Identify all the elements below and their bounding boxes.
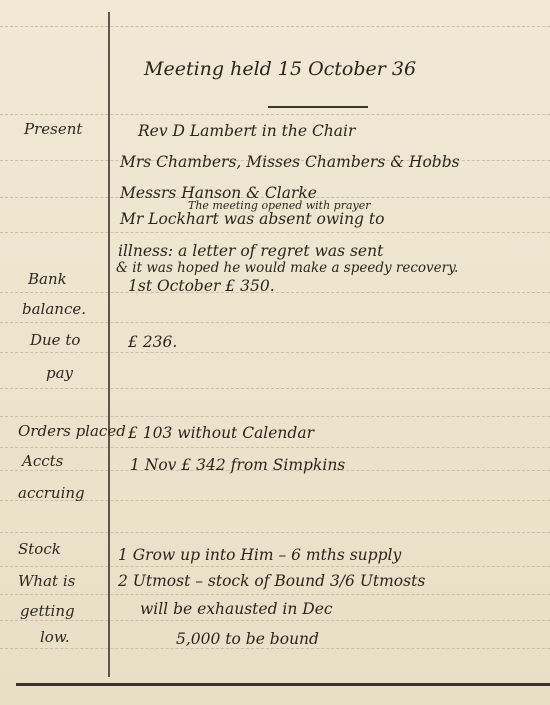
ruled-line [0, 416, 550, 417]
entry-stock-4: 5,000 to be bound [176, 630, 319, 648]
ruled-line [0, 388, 550, 389]
minute-book-page: Meeting held 15 October 36 Present Bank … [0, 0, 550, 705]
entry-absence-2: illness: a letter of regret was sent [118, 242, 383, 260]
label-accts: Accts [22, 452, 63, 470]
ruled-line [0, 114, 550, 115]
title-underline [268, 106, 368, 108]
label-getting: getting [20, 602, 75, 620]
entry-absence-3: & it was hoped he would make a speedy re… [116, 260, 458, 276]
ruled-line [0, 532, 550, 533]
label-present: Present [24, 120, 82, 138]
ruled-line [0, 620, 550, 621]
entry-bank-balance: 1st October £ 350. [128, 277, 275, 295]
margin-line [108, 12, 110, 677]
entry-due-to-pay: £ 236. [128, 333, 177, 351]
page-title: Meeting held 15 October 36 [144, 58, 416, 80]
label-bank: Bank [28, 270, 67, 288]
entry-stock-1: 1 Grow up into Him – 6 mths supply [118, 546, 401, 564]
entry-stock-2: 2 Utmost – stock of Bound 3/6 Utmosts [118, 572, 425, 590]
entry-accts-accruing: 1 Nov £ 342 from Simpkins [130, 456, 345, 474]
ruled-line [0, 322, 550, 323]
bottom-rule [16, 683, 550, 686]
entry-absence-1: Mr Lockhart was absent owing to [120, 210, 384, 228]
label-orders-placed: Orders placed [18, 422, 126, 440]
label-due-to: Due to [30, 331, 80, 349]
entry-stock-3: will be exhausted in Dec [140, 600, 333, 618]
ruled-line [0, 352, 550, 353]
label-stock: Stock [18, 540, 61, 558]
entry-orders-placed: £ 103 without Calendar [128, 424, 314, 442]
ruled-line [0, 232, 550, 233]
ruled-line [0, 292, 550, 293]
ruled-line [0, 447, 550, 448]
label-pay: pay [46, 364, 73, 382]
ruled-line [0, 26, 550, 27]
label-what-is: What is [18, 572, 75, 590]
ruled-line [0, 648, 550, 649]
label-accruing: accruing [18, 484, 85, 502]
label-balance: balance. [22, 300, 86, 318]
ruled-line [0, 566, 550, 567]
entry-attendees-1: Mrs Chambers, Misses Chambers & Hobbs [120, 153, 460, 171]
entry-chair: Rev D Lambert in the Chair [138, 122, 355, 140]
label-low: low. [40, 628, 70, 646]
ruled-line [0, 594, 550, 595]
